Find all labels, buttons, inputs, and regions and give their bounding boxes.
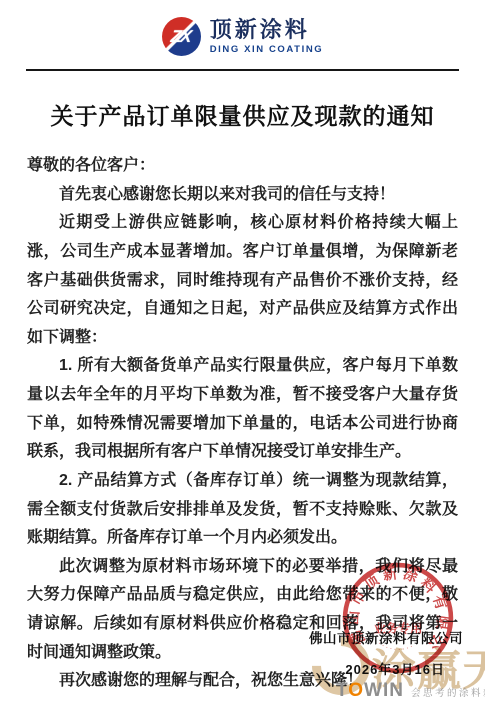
company-seal-stamp: 佛山市顶新涂料有限公司 业务专用 ·········	[342, 562, 454, 674]
towin-tagline: 会思考的涂料新媒体	[411, 685, 485, 699]
towin-wordmark: TOWIN	[336, 680, 404, 701]
company-logo-icon: ZX	[162, 17, 201, 56]
paragraph-item-2: 2. 产品结算方式（备库存订单）统一调整为现款结算，需全额支付货款后安排排单及发…	[27, 467, 458, 553]
paragraph-thanks: 首先衷心感谢您长期以来对我司的信任与支持！	[27, 181, 458, 210]
brand-block: 顶新涂料 DING XIN COATING	[210, 19, 324, 55]
paragraph-background: 近期受上游供应链影响，核心原材料价格持续大幅上涨，公司生产成本显著增加。客户订单…	[27, 209, 458, 352]
paragraph-item-1: 1. 所有大额备货单产品实行限量供应，客户每月下单数量以去年全年的月平均下单数为…	[27, 352, 458, 467]
seal-code-dots: ·········	[376, 639, 416, 653]
letterhead: ZX 顶新涂料 DING XIN COATING	[0, 0, 485, 56]
logo-monogram: ZX	[170, 27, 193, 47]
seal-graphic: 佛山市顶新涂料有限公司 业务专用 ·········	[342, 562, 454, 674]
towin-letter-o: O	[348, 680, 364, 701]
towin-brand-watermark: TOWIN 会思考的涂料新媒体	[336, 680, 485, 701]
towin-letters-win: WIN	[364, 680, 404, 701]
seal-center-text: 业务专用	[374, 620, 423, 635]
header-divider	[26, 69, 459, 71]
towin-letter-t: T	[336, 680, 348, 701]
brand-name-chinese: 顶新涂料	[210, 19, 324, 41]
notice-title: 关于产品订单限量供应及现款的通知	[0, 98, 485, 131]
seal-arc-text: 佛山市顶新涂料有限公司	[342, 562, 452, 656]
salutation: 尊敬的各位客户：	[27, 152, 458, 181]
brand-name-english: DING XIN COATING	[210, 45, 324, 55]
